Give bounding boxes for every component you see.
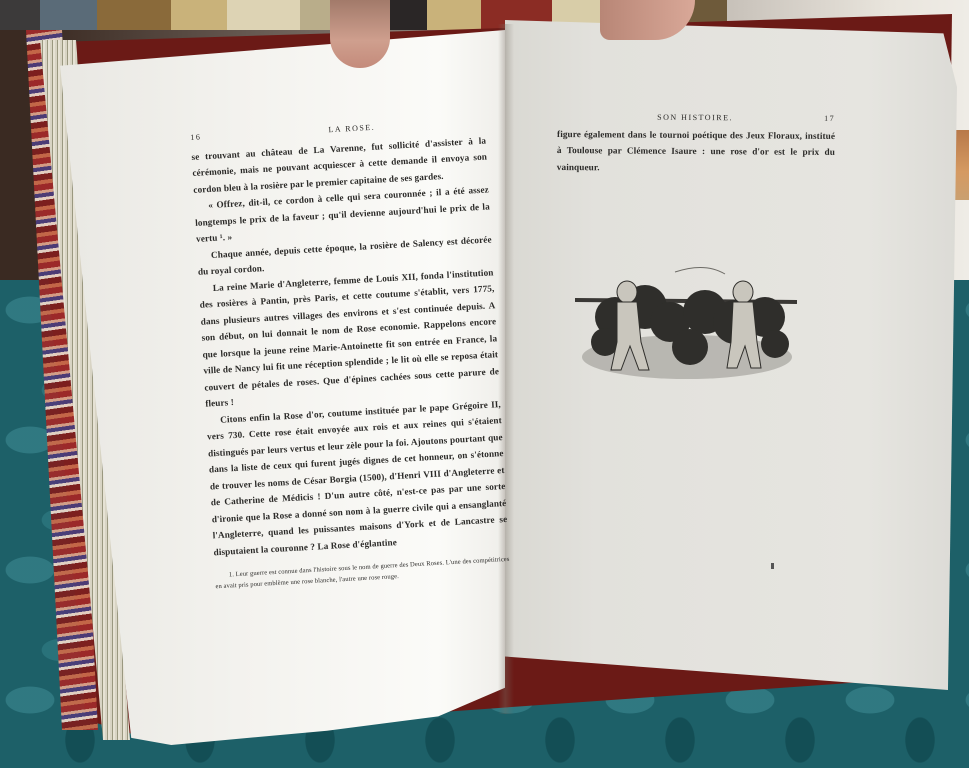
left-running-head: LA ROSE.: [328, 120, 376, 139]
right-page-header: SON HISTOIRE. 17: [557, 109, 835, 127]
left-page-text: 16 LA ROSE. se trouvant au château de La…: [190, 114, 510, 593]
paragraph: figure également dans le tournoi poétiqu…: [557, 126, 835, 177]
cherub-engraving-illustration: [575, 262, 800, 392]
paragraph: La reine Marie d'Angleterre, femme de Lo…: [198, 264, 500, 412]
background-book-spine: [0, 0, 40, 30]
right-running-head: SON HISTOIRE.: [657, 110, 733, 127]
right-page-text: SON HISTOIRE. 17 figure également dans l…: [557, 109, 835, 177]
hand-thumb: [330, 0, 390, 68]
background-book-spine: [171, 0, 227, 30]
paragraph: Citons enfin la Rose d'or, coutume insti…: [206, 396, 509, 561]
book-gutter: [498, 24, 514, 714]
left-page-number: 16: [190, 129, 202, 146]
background-book-spine: [97, 0, 171, 30]
background-book-spine: [227, 0, 300, 30]
right-page-number: 17: [824, 111, 835, 128]
print-mark: [771, 563, 774, 569]
background-book-spine: [40, 0, 97, 30]
background-book-spine: [427, 0, 481, 30]
